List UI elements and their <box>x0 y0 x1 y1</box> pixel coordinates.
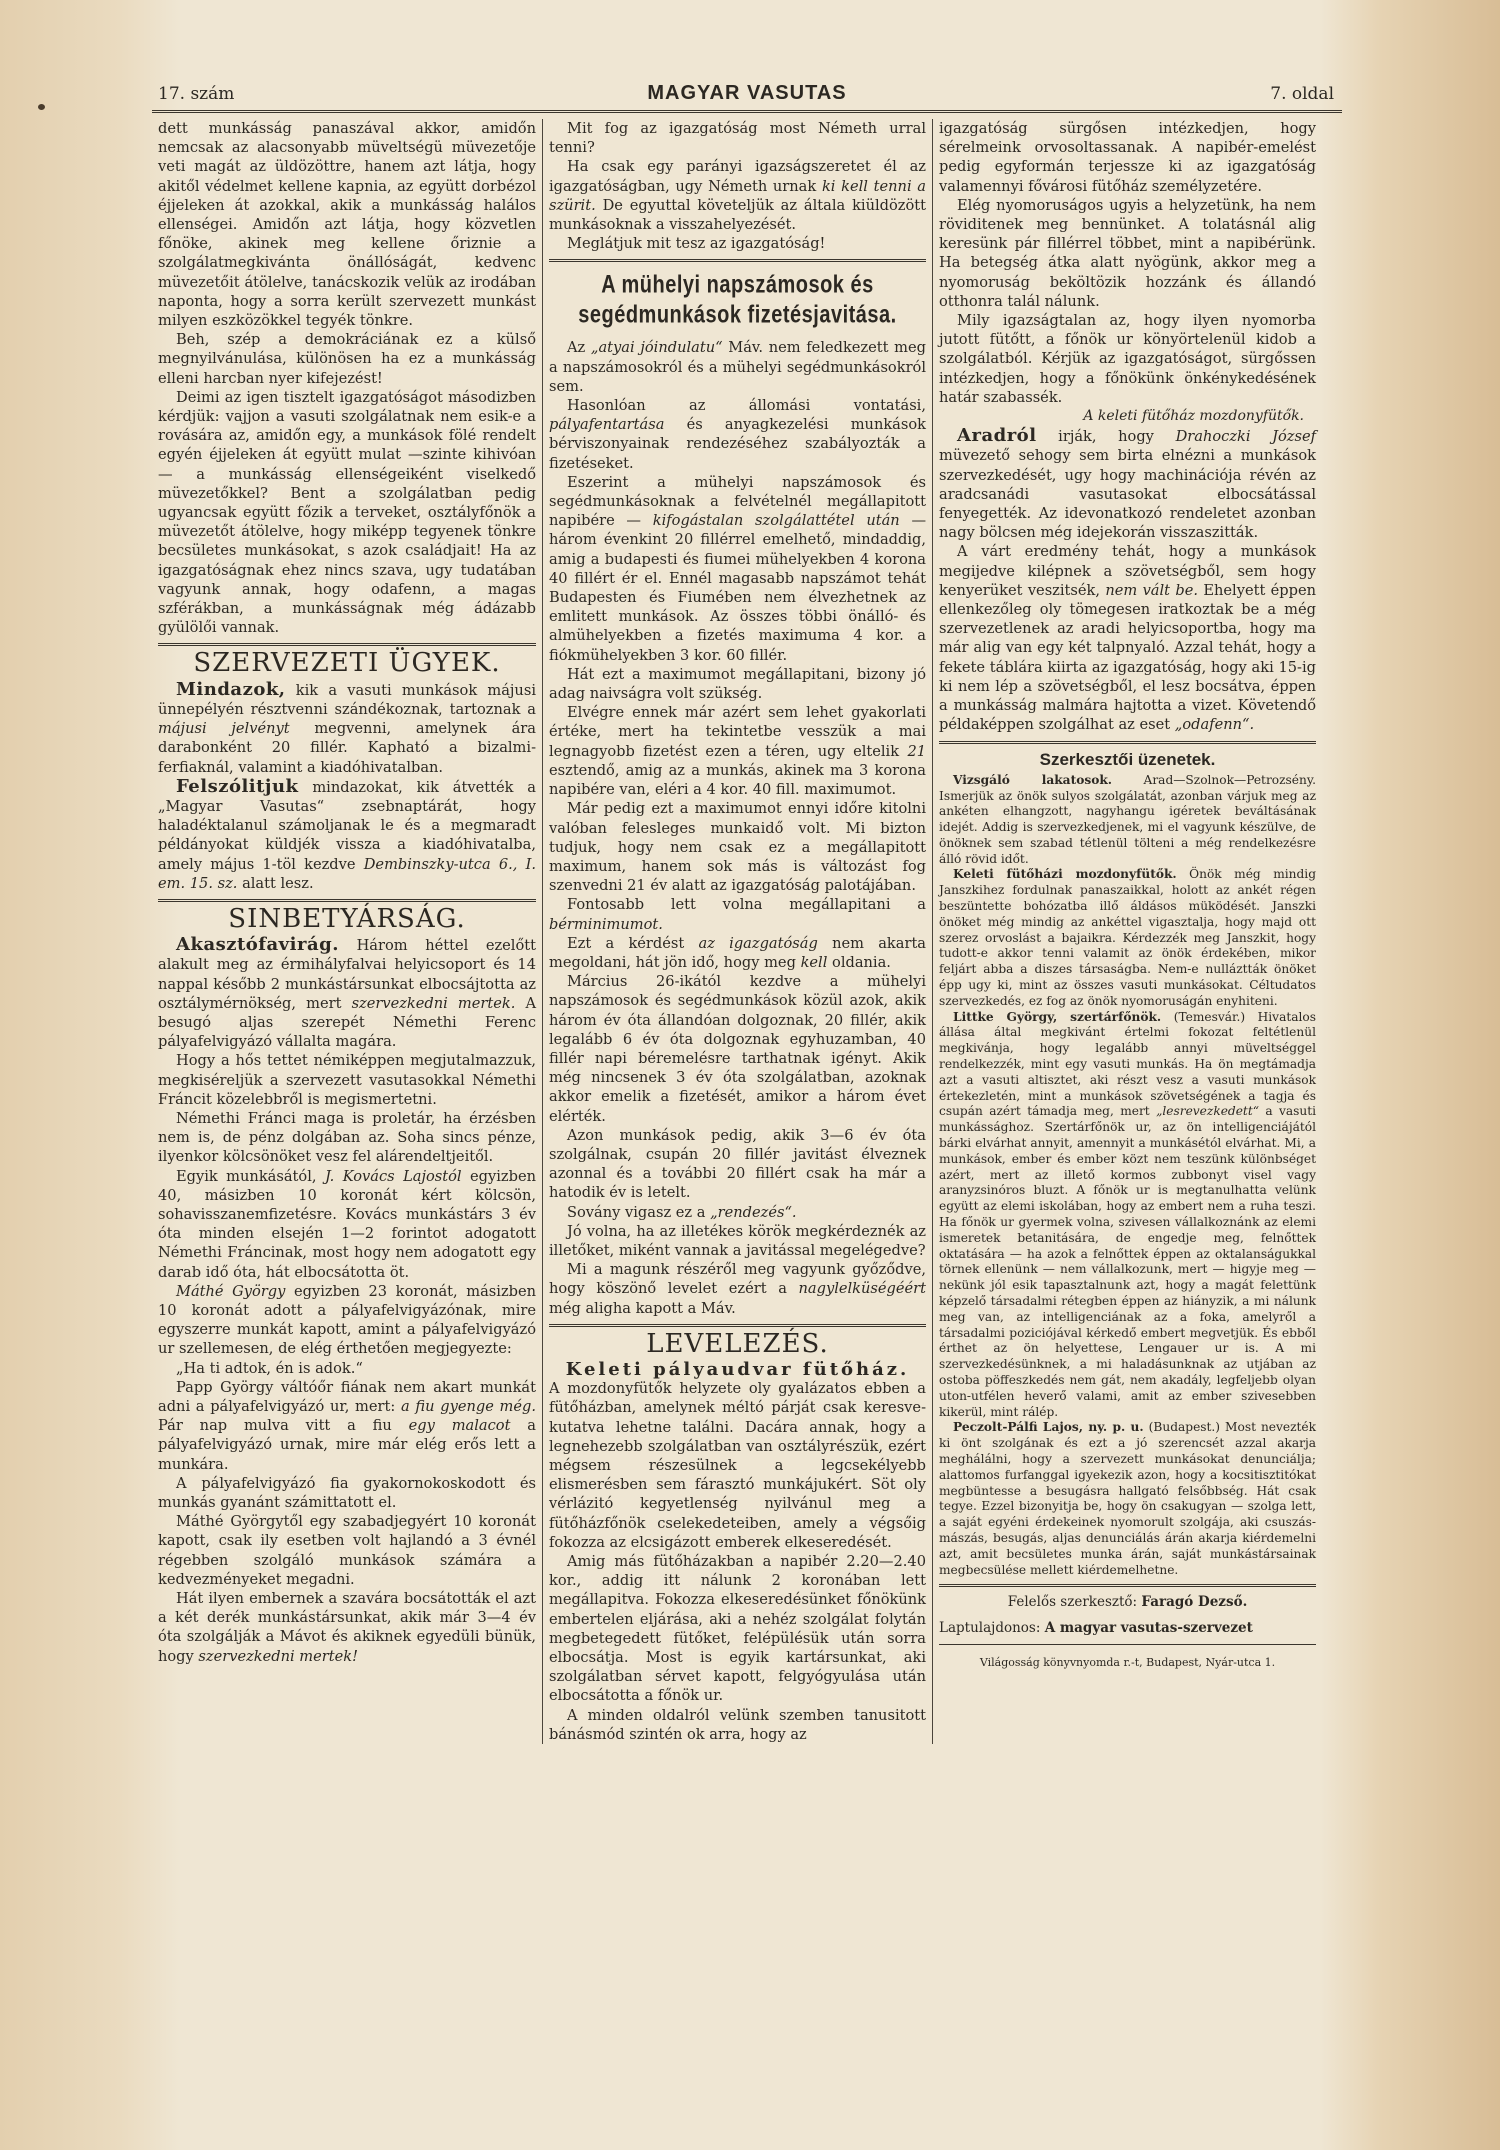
editor-credit: Felelős szerkesztő: Faragó Dezső. <box>939 1593 1316 1612</box>
notice-mindazok: Mindazok, kik a vasuti munkások májusi ü… <box>158 680 536 777</box>
paragraph: A minden oldalról velünk szemben tanusit… <box>549 1706 926 1744</box>
newspaper-title: MAGYAR VASUTAS <box>152 82 1342 105</box>
printer-credit: Világosság könyvnyomda r.-t, Budapest, N… <box>939 1653 1316 1672</box>
section-heading-sinbetyarsag: SINBETYÁRSÁG. <box>158 910 536 929</box>
article-aradrol: Aradról irják, hogy Drahoczki József müv… <box>939 426 1316 542</box>
paragraph: Papp György váltóőr fiának nem akart mun… <box>158 1378 536 1474</box>
editor-messages: Vizsgáló lakatosok. Arad—Szolnok—Petrozs… <box>939 773 1316 1579</box>
paragraph: A várt eredmény tehát, hogy a munkások m… <box>939 542 1316 734</box>
paragraph: Hát ilyen embernek a szavára bocsátották… <box>158 1589 536 1666</box>
paragraph: Az „atyai jóindulatu“ Máv. nem feledkeze… <box>549 338 926 396</box>
divider <box>939 741 1316 744</box>
message: Vizsgáló lakatosok. Arad—Szolnok—Petrozs… <box>939 773 1316 868</box>
paragraph: Elég nyomoruságos ugyis a helyzetünk, ha… <box>939 196 1316 311</box>
paragraph: Deimi az igen tisztelt igazgatóságot más… <box>158 388 536 638</box>
paragraph: Beh, szép a demokráciának ez a külső meg… <box>158 330 536 388</box>
message: Littke György, szertárfőnök. (Temesvár.)… <box>939 1010 1316 1421</box>
paragraph: Meglátjuk mit tesz az igazgatóság! <box>549 234 926 253</box>
paragraph: Azon munkások pedig, akik 3—6 év óta szo… <box>549 1126 926 1203</box>
masthead: 17. szám MAGYAR VASUTAS 7. oldal <box>152 80 1342 113</box>
column-left: dett munkásság panaszával akkor, amidőn … <box>152 119 542 1744</box>
columns: dett munkásság panaszával akkor, amidőn … <box>152 119 1342 1744</box>
paragraph: Mily igazságtalan az, hogy ilyen nyomorb… <box>939 311 1316 407</box>
paragraph: Jó volna, ha az illetékes körök megkérde… <box>549 1222 926 1260</box>
paragraph: dett munkásság panaszával akkor, amidőn … <box>158 119 536 330</box>
paragraph: Máthé György egyizben 23 koronát, másizb… <box>158 1282 536 1359</box>
divider <box>939 1644 1316 1645</box>
quote: „Ha ti adtok, én is adok.“ <box>158 1359 536 1378</box>
divider <box>549 1324 926 1327</box>
owner-credit: Laptulajdonos: A magyar vasutas-szerveze… <box>939 1619 1316 1638</box>
paragraph: Sovány vigasz ez a „rendezés“. <box>549 1203 926 1222</box>
message: Peczolt-Pálfi Lajos, ny. p. u. (Budapest… <box>939 1420 1316 1578</box>
article-akasztofavirag: Akasztófavirág. Három héttel ezelőtt ala… <box>158 935 536 1051</box>
page-number: 7. oldal <box>1270 84 1334 104</box>
notice-felszolitjuk: Felszólitjuk mindazokat, kik átvették a … <box>158 777 536 893</box>
paragraph: igazgatóság sürgősen intézkedjen, hogy s… <box>939 119 1316 196</box>
divider <box>158 643 536 646</box>
paragraph: A pályafelvigyázó fia gyakornokoskodott … <box>158 1474 536 1512</box>
paragraph: Fontosabb lett volna megállapitani a bér… <box>549 895 926 933</box>
message: Keleti fütőházi mozdonyfütők. Önök még m… <box>939 867 1316 1009</box>
section-heading-szerkesztoi: Szerkesztői üzenetek. <box>939 750 1316 769</box>
paragraph: Mi a magunk részéről meg vagyunk győződv… <box>549 1260 926 1318</box>
paragraph: Ezt a kérdést az igazgatóság nem akarta … <box>549 934 926 972</box>
paragraph: Ha csak egy parányi igazságszeretet él a… <box>549 157 926 234</box>
paragraph: Mit fog az igazgatóság most Németh urral… <box>549 119 926 157</box>
ink-spot <box>38 104 45 110</box>
paragraph: Hasonlóan az állomási vontatási, pályafe… <box>549 396 926 473</box>
column-middle: Mit fog az igazgatóság most Németh urral… <box>542 119 932 1744</box>
paragraph: Némethi Fránci maga is proletár, ha érzé… <box>158 1109 536 1167</box>
paragraph: Elvégre ennek már azért sem lehet gyakor… <box>549 703 926 799</box>
signature: A keleti fütőház mozdonyfütők. <box>939 407 1316 426</box>
paragraph: Egyik munkásától, J. Kovács Lajostól egy… <box>158 1167 536 1282</box>
paragraph: Március 26-ikától kezdve a mühelyi napsz… <box>549 972 926 1126</box>
divider <box>158 899 536 902</box>
section-heading-levelezes: LEVELEZÉS. <box>549 1335 926 1354</box>
paragraph: Eszerint a mühelyi napszámosok és segédm… <box>549 473 926 665</box>
newspaper-page: 17. szám MAGYAR VASUTAS 7. oldal dett mu… <box>152 80 1342 1744</box>
paragraph: Amig más fütőházakban a napibér 2.20—2.4… <box>549 1552 926 1706</box>
article-heading-fizetesjavitas: A mühelyi napszámosok és segédmunkások f… <box>549 270 926 330</box>
divider <box>549 259 926 262</box>
paragraph: Már pedig ezt a maximumot ennyi időre ki… <box>549 799 926 895</box>
section-heading-szervezeti: SZERVEZETI ÜGYEK. <box>158 654 536 673</box>
paragraph: Máthé Györgytől egy szabadjegyért 10 kor… <box>158 1512 536 1589</box>
paragraph: Hát ezt a maximumot megállapitani, bizon… <box>549 665 926 703</box>
paragraph: Hogy a hős tettet némiképpen megjutalmaz… <box>158 1051 536 1109</box>
divider <box>939 1584 1316 1587</box>
letter-heading-keleti: Keleti pályaudvar fütőház. <box>549 1360 926 1379</box>
column-right: igazgatóság sürgősen intézkedjen, hogy s… <box>932 119 1322 1744</box>
paragraph: A mozdonyfütők helyzete oly gyalázatos e… <box>549 1379 926 1552</box>
